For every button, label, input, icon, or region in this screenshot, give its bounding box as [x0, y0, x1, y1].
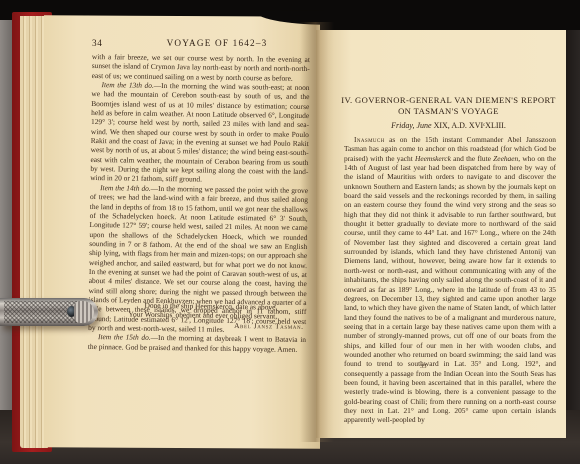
paragraph-text: with a fair breeze, we set our course we…	[92, 52, 310, 82]
body-text: and the flute	[451, 154, 493, 163]
paragraph-entry-15th: Item the 15th do.—In the morning at dayb…	[88, 332, 306, 354]
ship-name: Zeehaen	[493, 154, 518, 163]
chapter-heading: IV. GOVERNOR-GENERAL VAN DIEMEN'S REPORT…	[336, 95, 561, 116]
chapter-heading-line-1: IV. GOVERNOR-GENERAL VAN DIEMEN'S REPORT	[336, 95, 561, 106]
report-paragraph: Inasmuch as on the 15th instant Commande…	[344, 135, 556, 425]
left-page-number: 34	[92, 38, 102, 48]
ship-name: Heemskerck	[415, 154, 451, 163]
report-date: Friday, June XIX, A.D. XVIᶜXLIII.	[336, 121, 561, 130]
right-page-body: Inasmuch as on the 15th instant Commande…	[344, 135, 556, 425]
right-page-number: 35	[420, 363, 427, 370]
paragraph-entry-13th: Item the 13th do.—In the morning the win…	[90, 80, 309, 186]
entry-lead: Item the 13th do.	[101, 80, 153, 90]
metal-bookmark	[0, 298, 98, 326]
date-year: XIX, A.D. XVIᶜXLIII.	[432, 121, 506, 130]
running-title: VOYAGE OF 1642–3	[124, 38, 310, 48]
entry-lead: Item the 15th do.	[98, 332, 151, 342]
bookmark-hand-finial	[74, 301, 94, 323]
body-text: , who on the 14th of August of last year…	[344, 154, 556, 425]
lead-word: Inasmuch	[354, 135, 385, 144]
left-page-header: 34 VOYAGE OF 1642–3	[92, 38, 310, 50]
chapter-heading-line-2: ON TASMAN'S VOYAGE	[336, 106, 561, 117]
paragraph-text: —In the morning the wind was south-east;…	[90, 81, 309, 184]
entry-lead: Item the 14th do.	[100, 183, 151, 193]
paragraph-continuation: with a fair breeze, we set our course we…	[92, 52, 310, 83]
table-surface-right	[566, 30, 580, 450]
date-day: Friday, June	[391, 121, 431, 130]
letter-closing-block: Done in the ship Heemskercq, date as abo…	[92, 300, 310, 331]
